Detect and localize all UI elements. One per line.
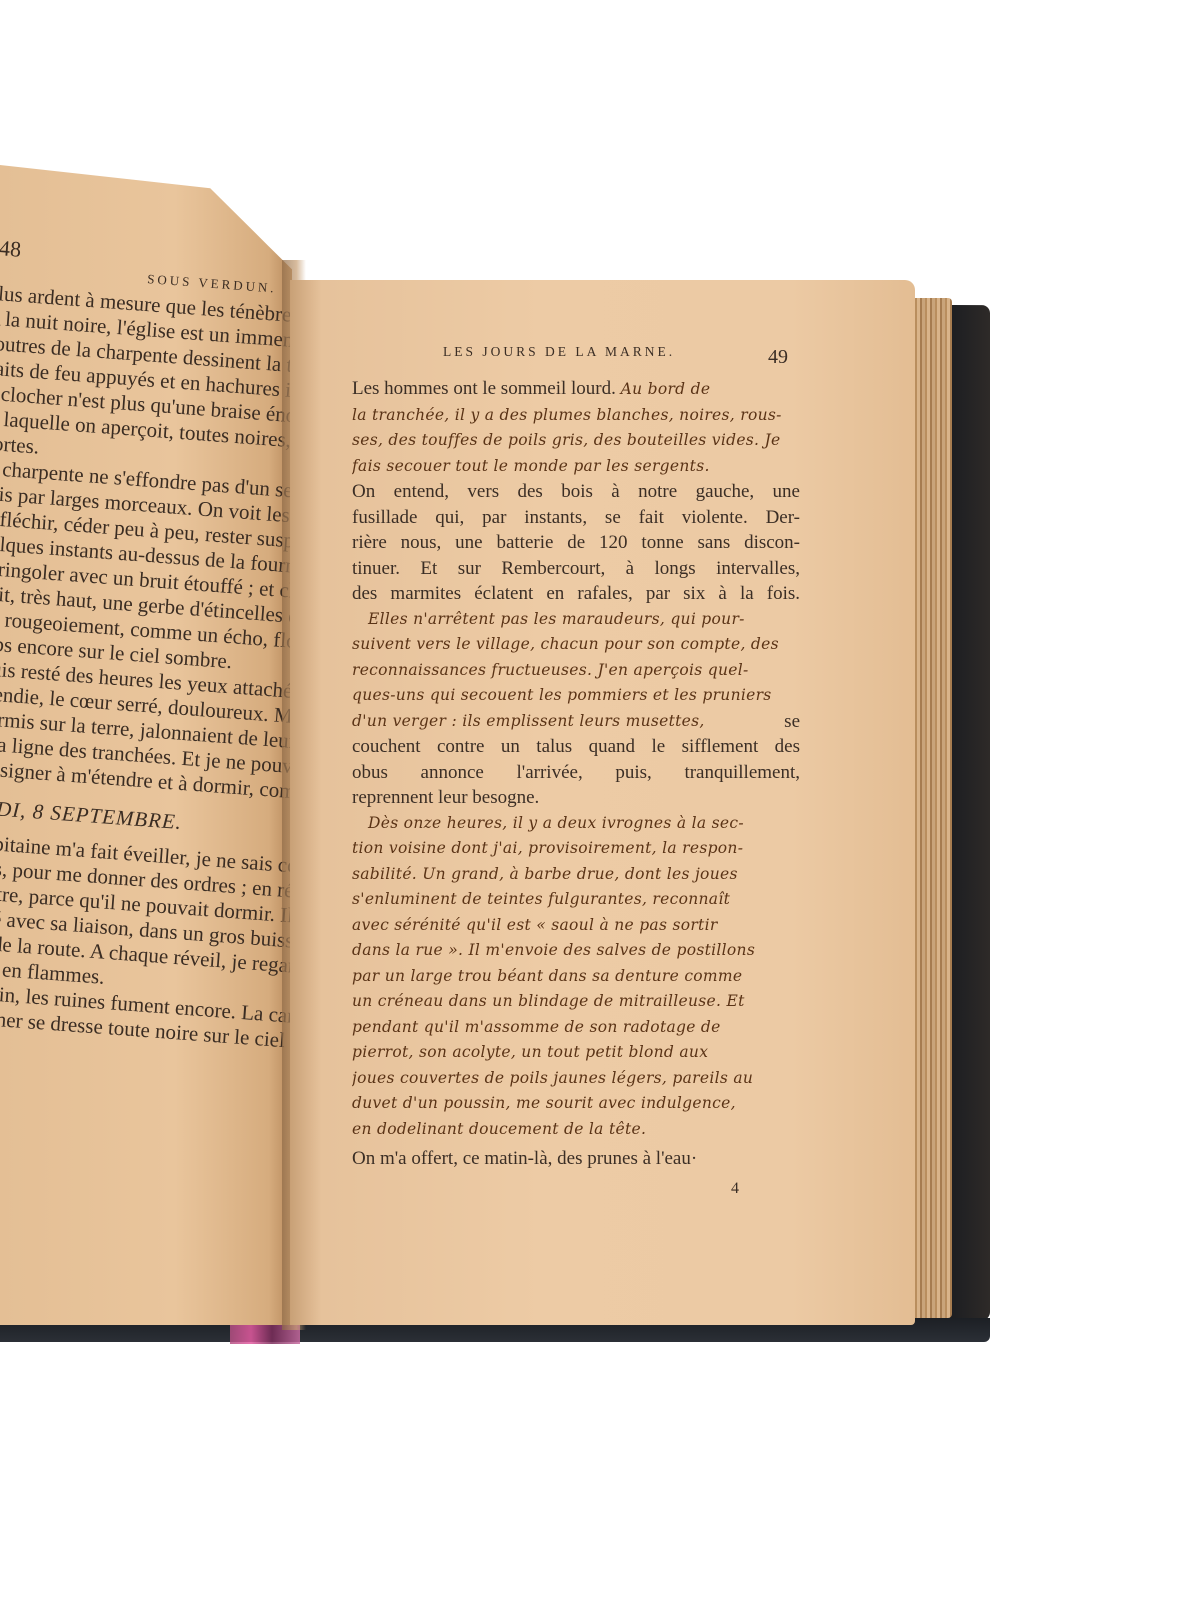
printed-line: couchent contre un talus quand le siffle…	[352, 734, 800, 760]
printed-line: reprennent leur besogne.	[352, 785, 800, 811]
printed-text: se	[784, 709, 800, 735]
handwritten-line: Dès onze heures, il y a deux ivrognes à …	[352, 811, 800, 837]
handwritten-line: suivent vers le village, chacun pour son…	[352, 632, 800, 658]
handwritten-line: duvet d'un poussin, me sourit avec indul…	[352, 1091, 800, 1117]
printed-line: obus annonce l'arrivée, puis, tranquille…	[352, 760, 800, 786]
handwritten-line: pendant qu'il m'assomme de son radotage …	[352, 1015, 800, 1041]
handwritten-line: tion voisine dont j'ai, provisoirement, …	[352, 836, 800, 862]
handwritten-line: la tranchée, il y a des plumes blanches,…	[352, 403, 800, 429]
handwritten-line: avec sérénité qu'il est « saoul à ne pas…	[352, 913, 800, 939]
left-page: 48 SOUS VERDUN. plus ardent à mesure que…	[0, 165, 292, 1325]
handwritten-line: d'un verger : ils emplissent leurs muset…	[352, 709, 705, 735]
left-page-number: 48	[0, 235, 22, 262]
handwritten-line: Elles n'arrêtent pas les maraudeurs, qui…	[352, 607, 800, 633]
handwritten-line: joues couvertes de poils jaunes légers, …	[352, 1066, 800, 1092]
printed-line: tinuer. Et sur Rembercourt, à longs inte…	[352, 556, 800, 582]
right-page-text: Les hommes ont le sommeil lourd. Au bord…	[352, 376, 800, 1172]
handwritten-annotation: Au bord de	[621, 380, 711, 398]
printed-line: On m'a offert, ce matin-là, des prunes à…	[352, 1146, 800, 1172]
right-page: LES JOURS DE LA MARNE. 49 Les hommes ont…	[290, 280, 915, 1325]
page-fore-edge	[912, 298, 952, 1318]
right-page-number: 49	[768, 346, 788, 369]
handwritten-line: un créneau dans un blindage de mitraille…	[352, 989, 800, 1015]
printed-line: fusillade qui, par instants, se fait vio…	[352, 505, 800, 531]
right-running-head: LES JOURS DE LA MARNE.	[443, 344, 675, 360]
handwritten-line: ses, des touffes de poils gris, des bout…	[352, 428, 800, 454]
handwritten-line: en dodelinant doucement de la tête.	[352, 1117, 800, 1143]
printed-line: On entend, vers des bois à notre gauche,…	[352, 479, 800, 505]
handwritten-line: reconnaissances fructueuses. J'en aperço…	[352, 658, 800, 684]
handwritten-line: sabilité. Un grand, à barbe drue, dont l…	[352, 862, 800, 888]
handwritten-line: pierrot, son acolyte, un tout petit blon…	[352, 1040, 800, 1066]
handwritten-line: par un large trou béant dans sa denture …	[352, 964, 800, 990]
handwritten-line: fais secouer tout le monde par les serge…	[352, 454, 800, 480]
left-page-text: plus ardent à mesure que les ténèbres au…	[0, 280, 292, 1053]
mixed-line: Les hommes ont le sommeil lourd. Au bord…	[352, 376, 800, 403]
book-photo: 48 SOUS VERDUN. plus ardent à mesure que…	[0, 0, 1200, 1600]
handwritten-line: dans la rue ». Il m'envoie des salves de…	[352, 938, 800, 964]
mixed-line: d'un verger : ils emplissent leurs muset…	[352, 709, 800, 735]
printed-text: Les hommes ont le sommeil lourd.	[352, 378, 616, 399]
printed-line: des marmites éclatent en rafales, par si…	[352, 581, 800, 607]
printed-line: rière nous, une batterie de 120 tonne sa…	[352, 530, 800, 556]
handwritten-line: s'enluminent de teintes fulgurantes, rec…	[352, 887, 800, 913]
signature-mark: 4	[731, 1180, 739, 1198]
handwritten-line: ques-uns qui secouent les pommiers et le…	[352, 683, 800, 709]
